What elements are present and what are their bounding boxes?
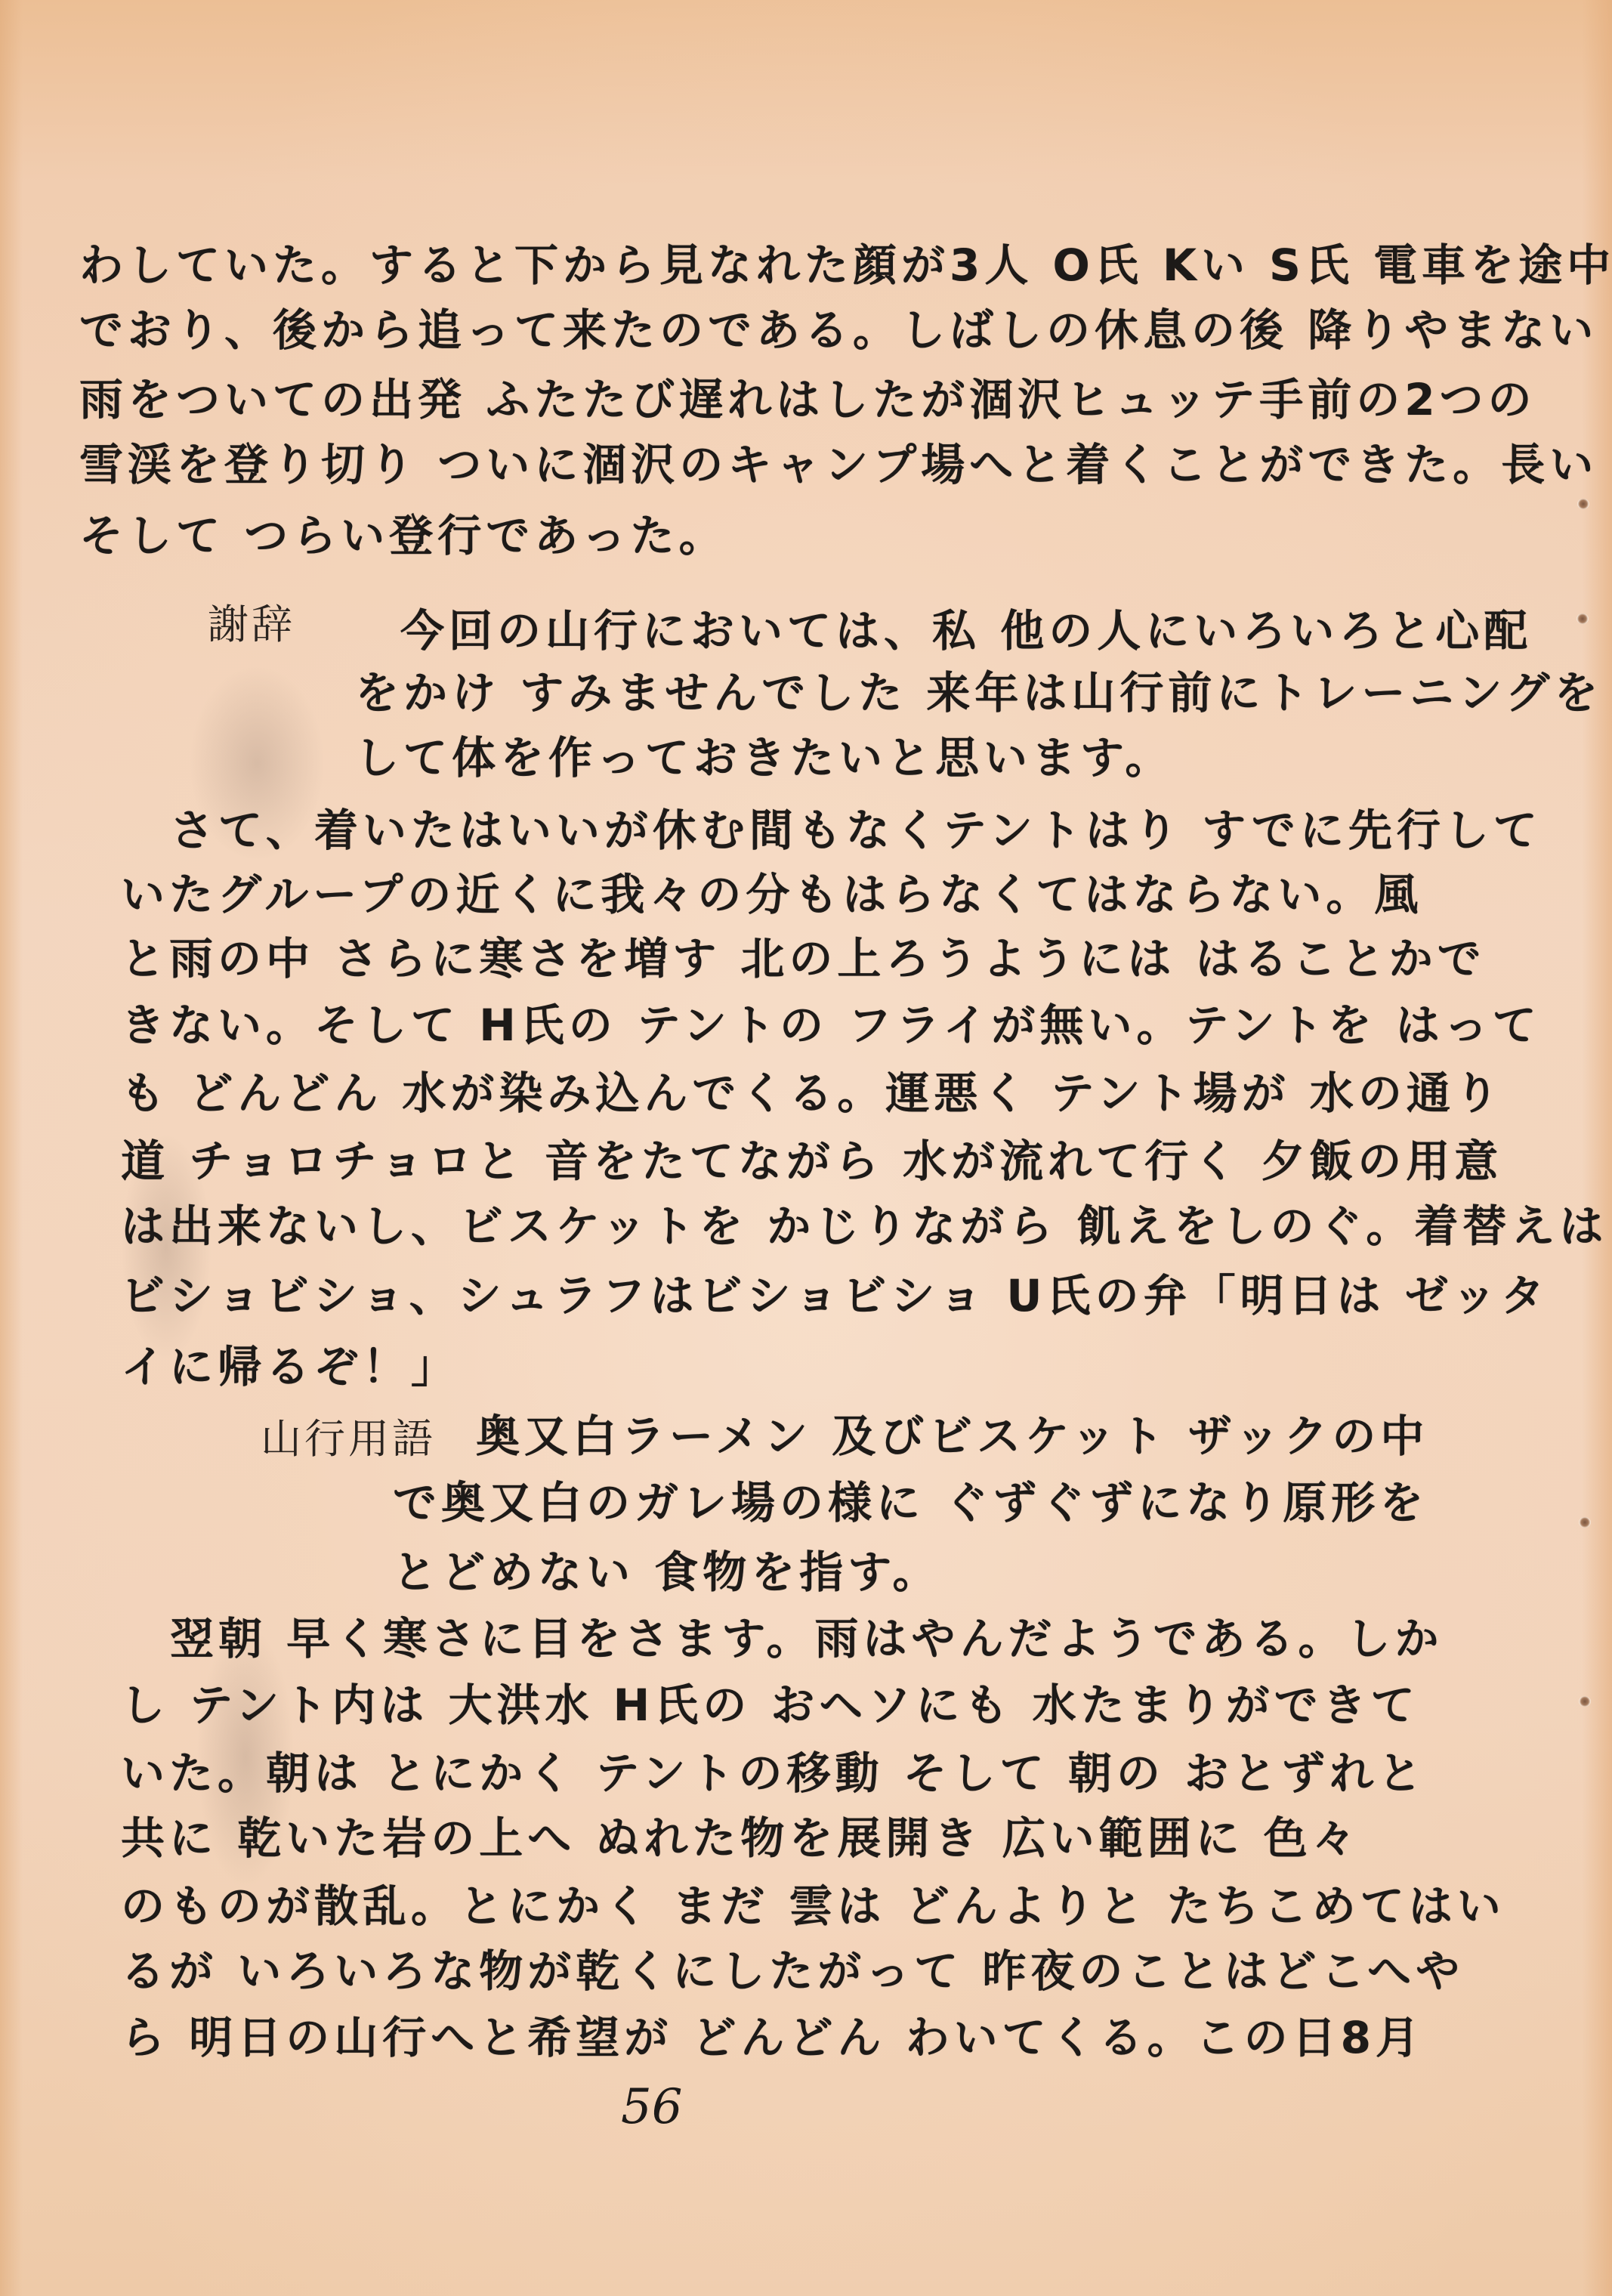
binding-hole bbox=[1579, 1696, 1591, 1707]
text-line: も どんどん 水が染み込んでくる。運悪く テント場が 水の通り bbox=[121, 1071, 1503, 1115]
text-line: 雪渓を登り切り ついに涸沢のキャンプ場へと着くことができた。長い bbox=[79, 443, 1598, 487]
text-line: わしていた。すると下から見なれた顔が3人 O氏 Kい S氏 電車を途中 bbox=[79, 243, 1612, 287]
page-number: 56 bbox=[621, 2079, 682, 2135]
apology-label: 謝辞 bbox=[208, 604, 295, 645]
text-line: と雨の中 さらに寒さを増す 北の上ろうようには はることかで bbox=[121, 937, 1486, 981]
text-line: 雨をついての出発 ふたたび遅れはしたが涸沢ヒュッテ手前の2つの bbox=[79, 378, 1536, 422]
text-line: のものが散乱。とにかく まだ 雲は どんよりと たちこめてはい bbox=[121, 1884, 1505, 1928]
text-line: 今回の山行においては、私 他の人にいろいろと心配 bbox=[400, 609, 1532, 653]
text-line: ビショビショ、シュラフはビショビショ U氏の弁「明日は ゼッタ bbox=[121, 1274, 1549, 1318]
binding-hole bbox=[1576, 613, 1589, 624]
paper-left-edge bbox=[0, 0, 23, 2296]
text-line: 共に 乾いた岩の上へ ぬれた物を展開き 広い範囲に 色々 bbox=[121, 1816, 1360, 1860]
text-line: をかけ すみませんでした 来年は山行前にトレーニングを bbox=[355, 671, 1602, 715]
text-line: いたグループの近くに我々の分もはらなくてはならない。風 bbox=[121, 873, 1422, 916]
text-line: 道 チョロチョロと 音をたてながら 水が流れて行く 夕飯の用意 bbox=[121, 1139, 1502, 1183]
text-line: 奥又白ラーメン 及びビスケット ザックの中 bbox=[476, 1414, 1428, 1458]
glossary-label: 山行用語 bbox=[261, 1419, 436, 1460]
text-line: し テント内は 大洪水 H氏の おヘソにも 水たまりができて bbox=[121, 1683, 1419, 1727]
text-line: いた。朝は とにかく テントの移動 そして 朝の おとずれと bbox=[121, 1751, 1426, 1795]
text-line: イに帰るぞ！」 bbox=[121, 1345, 459, 1389]
text-line: さて、着いたはいいが休む間もなくテントはり すでに先行して bbox=[170, 808, 1542, 852]
text-line: そして つらい登行であった。 bbox=[79, 514, 727, 558]
text-line: でおり、後から追って来たのである。しばしの休息の後 降りやまない bbox=[79, 308, 1598, 352]
binding-hole bbox=[1579, 1517, 1591, 1528]
text-line: ら 明日の山行へと希望が どんどん わいてくる。この日8月 bbox=[121, 2016, 1424, 2060]
text-line: とどめない 食物を指す。 bbox=[393, 1550, 941, 1594]
text-line: きない。そして H氏の テントの フライが無い。テントを はって bbox=[121, 1003, 1541, 1047]
text-line: して体を作っておきたいと思います。 bbox=[355, 736, 1173, 780]
text-line: 翌朝 早く寒さに目をさます。雨はやんだようである。しか bbox=[170, 1617, 1444, 1661]
binding-hole bbox=[1577, 499, 1589, 509]
text-line: は出来ないし、ビスケットを かじりながら 飢えをしのぐ。着替えは bbox=[121, 1204, 1607, 1248]
text-line: で奥又白のガレ場の様に ぐずぐずになり原形を bbox=[393, 1481, 1428, 1525]
text-line: るが いろいろな物が乾くにしたがって 昨夜のことはどこへや bbox=[121, 1949, 1464, 1993]
